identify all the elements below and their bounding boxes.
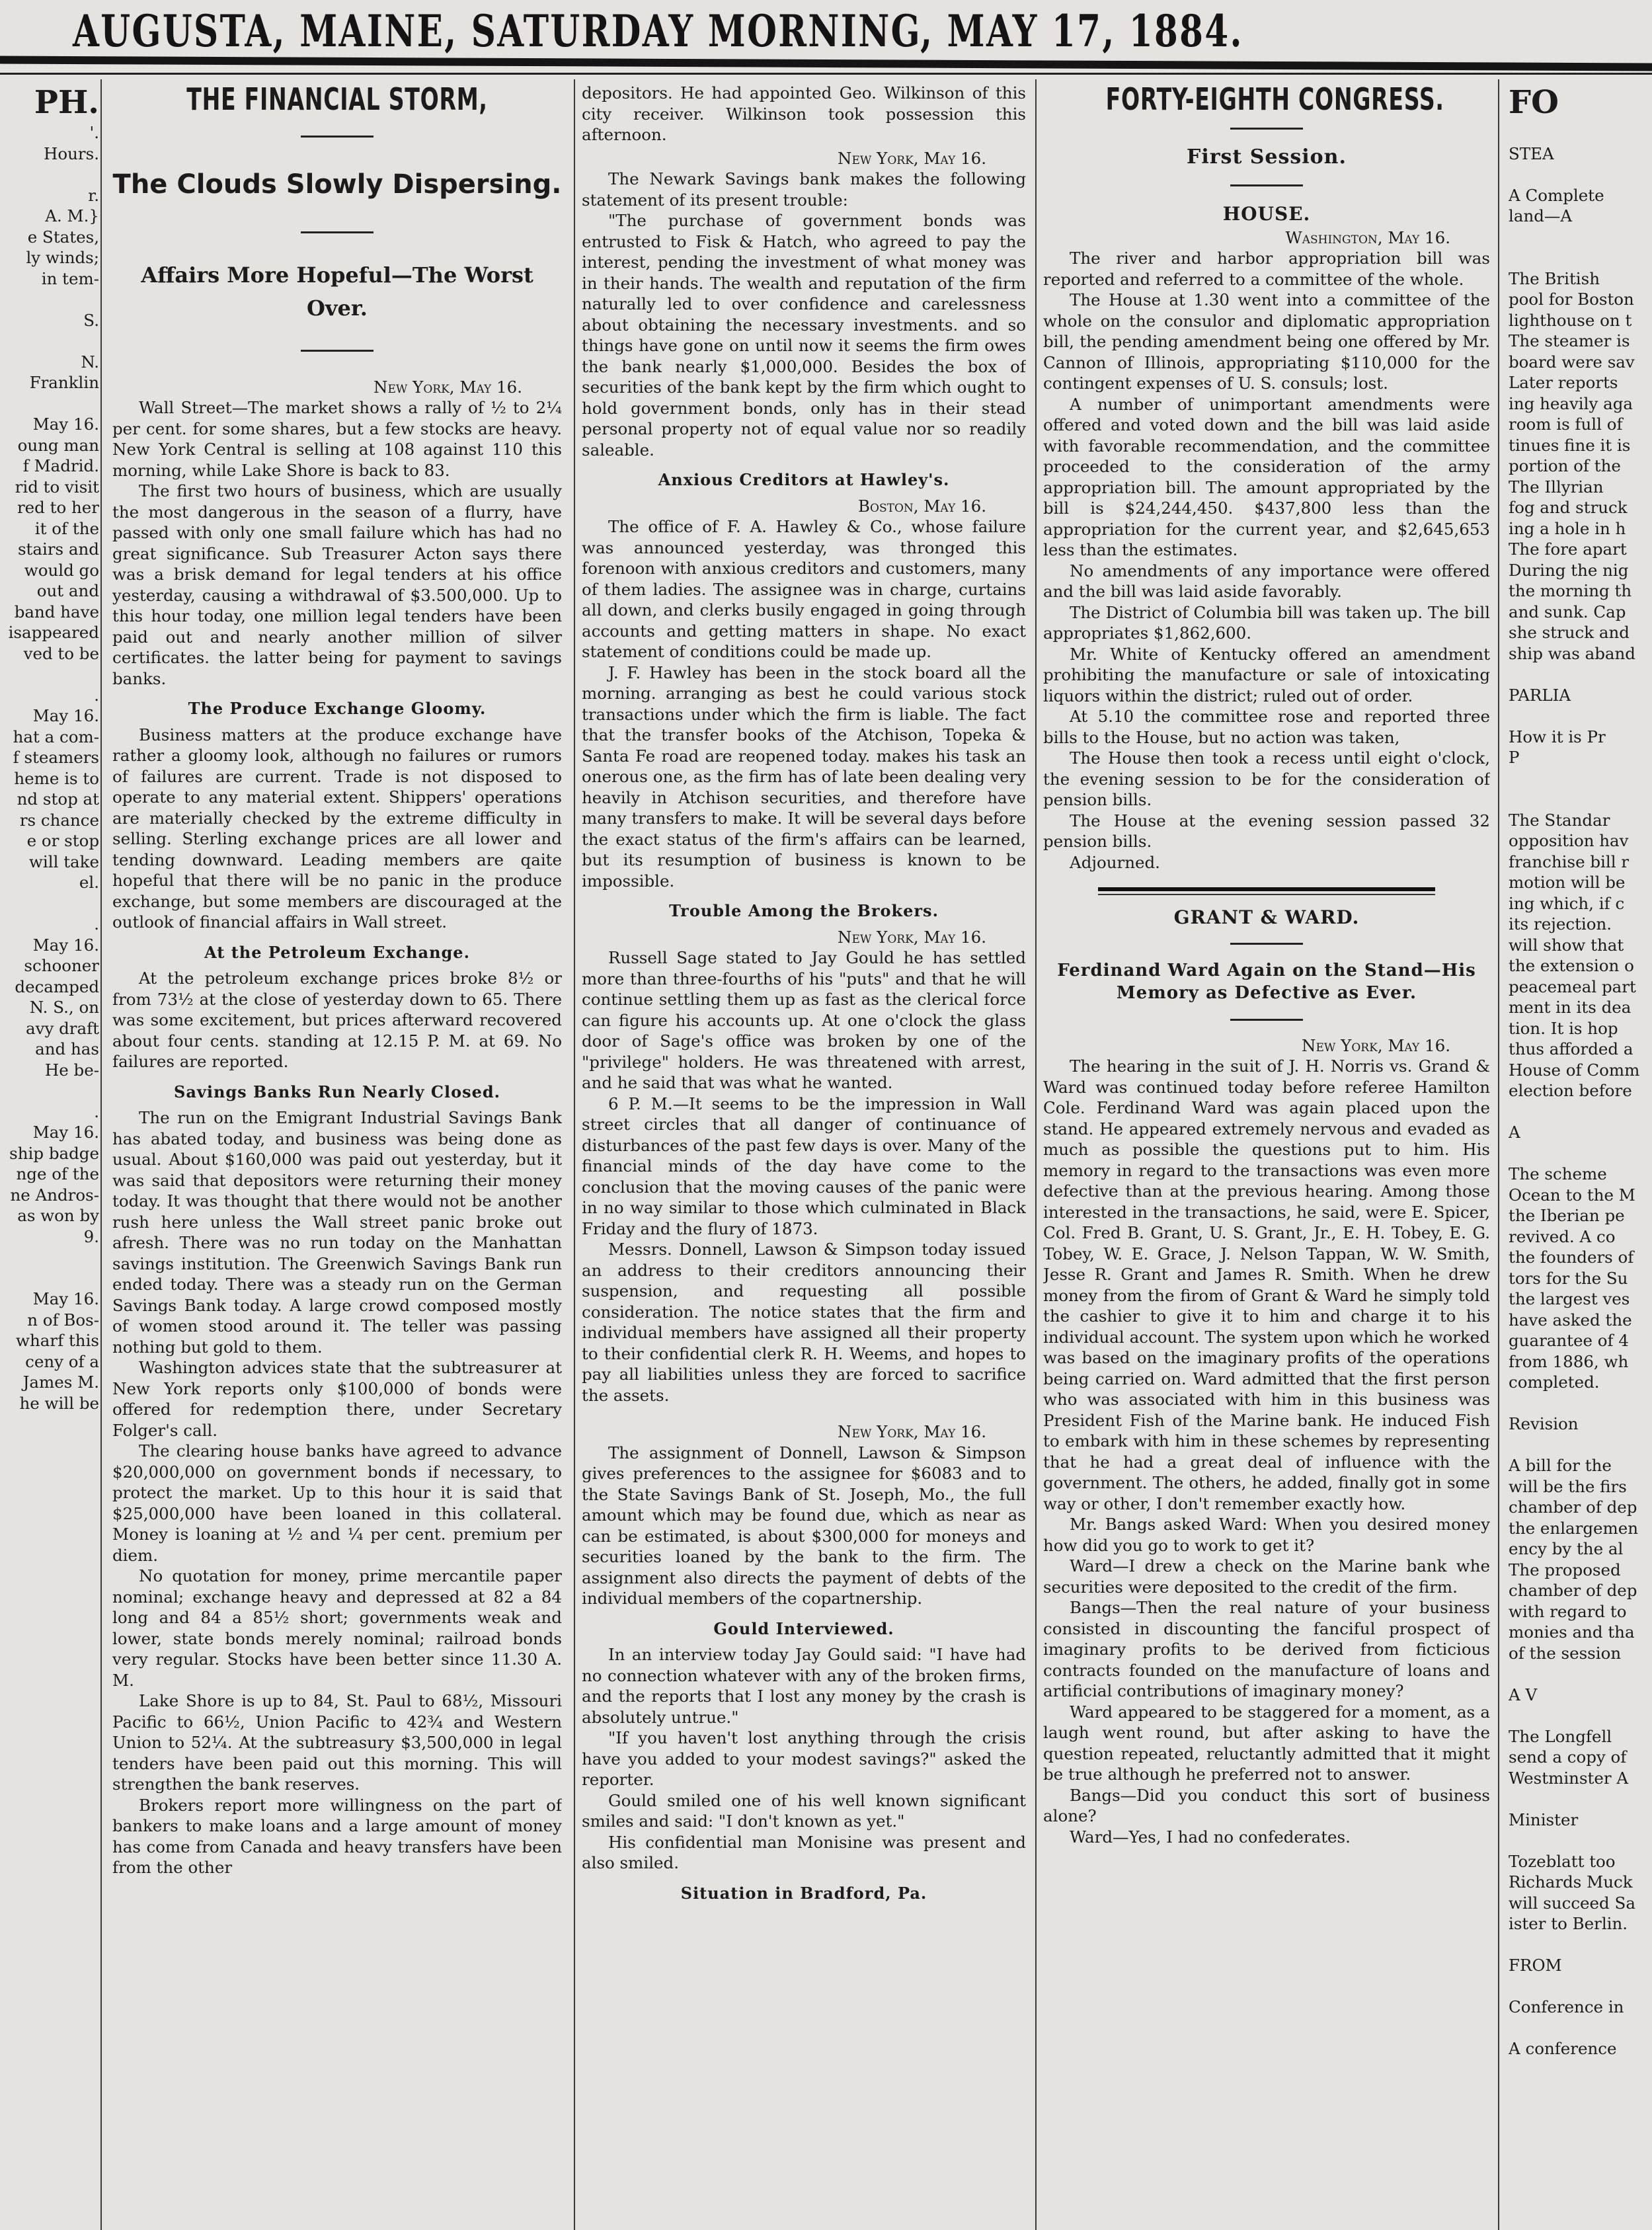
- text-line: [0, 1080, 99, 1101]
- text-line: ceny of a: [0, 1351, 99, 1373]
- deck-ferdinand-ward: Ferdinand Ward Again on the Stand—His Me…: [1043, 959, 1490, 1004]
- text-line: .: [0, 914, 99, 935]
- text-line: Later reports: [1509, 372, 1652, 393]
- paragraph: In an interview today Jay Gould said: "I…: [582, 1644, 1026, 1728]
- paragraph: Ward—Yes, I had no confederates.: [1043, 1827, 1490, 1848]
- text-line: Minister: [1509, 1810, 1652, 1831]
- paragraph: The District of Columbia bill was taken …: [1043, 602, 1490, 644]
- masthead-rule-thin: [0, 73, 1652, 75]
- paragraph: The office of F. A. Hawley & Co., whose …: [582, 516, 1026, 662]
- text-line: monies and tha: [1509, 1622, 1652, 1643]
- column-divider: [1035, 79, 1037, 2230]
- paragraph: depositors. He had appointed Geo. Wilkin…: [582, 83, 1026, 145]
- section-heading-grant-ward: GRANT & WARD.: [1043, 907, 1490, 928]
- rule: [1230, 943, 1303, 945]
- text-line: PARLIA: [1509, 685, 1652, 706]
- paragraph: A number of unimportant amendments were …: [1043, 394, 1490, 561]
- text-line: ing heavily aga: [1509, 393, 1652, 415]
- text-line: A Complete: [1509, 185, 1652, 206]
- text-line: the morning th: [1509, 580, 1652, 602]
- text-line: rid to visit: [0, 477, 99, 498]
- text-line: in tem-: [0, 268, 99, 290]
- rule: [1230, 128, 1303, 130]
- text-line: oung man: [0, 435, 99, 456]
- text-line: tinues fine it is: [1509, 435, 1652, 456]
- text-line: [0, 1247, 99, 1268]
- paragraph: The river and harbor appropriation bill …: [1043, 248, 1490, 290]
- text-line: and sunk. Cap: [1509, 602, 1652, 623]
- text-line: ing which, if c: [1509, 893, 1652, 914]
- text-line: e or stop: [0, 830, 99, 852]
- text-line: board were sav: [1509, 352, 1652, 373]
- text-line: lighthouse on t: [1509, 310, 1652, 331]
- text-line: [1509, 664, 1652, 685]
- paragraph: His confidential man Monisine was presen…: [582, 1832, 1026, 1874]
- text-line: [1509, 1830, 1652, 1851]
- paragraph: The assignment of Donnell, Lawson & Simp…: [582, 1443, 1026, 1609]
- paragraph: Washington advices state that the subtre…: [112, 1357, 562, 1441]
- subhead-clouds-dispersing: The Clouds Slowly Dispersing.: [112, 163, 562, 206]
- text-line: [1509, 247, 1652, 268]
- text-line: May 16.: [0, 705, 99, 727]
- text-line: House of Comm: [1509, 1060, 1652, 1081]
- text-line: out and: [0, 580, 99, 602]
- text-line: ing a hole in h: [1509, 518, 1652, 539]
- paragraph: Wall Street—The market shows a rally of …: [112, 397, 562, 481]
- text-line: peacemeal part: [1509, 976, 1652, 998]
- text-line: chamber of dep: [1509, 1580, 1652, 1601]
- text-line: May 16.: [0, 1289, 99, 1310]
- section-heading: Gould Interviewed.: [582, 1618, 1026, 1640]
- text-line: May 16.: [0, 1122, 99, 1143]
- section-heading: Anxious Creditors at Hawley's.: [582, 469, 1026, 491]
- subhead-first-session: First Session.: [1043, 147, 1490, 168]
- text-line: Richards Muck: [1509, 1872, 1652, 1893]
- paragraph: Brokers report more willingness on the p…: [112, 1795, 562, 1878]
- text-line: franchise bill r: [1509, 852, 1652, 873]
- text-line: A V: [1509, 1685, 1652, 1706]
- text-line: avy draft: [0, 1018, 99, 1039]
- text-line: pool for Boston: [1509, 289, 1652, 310]
- paragraph: Ward appeared to be staggered for a mome…: [1043, 1702, 1490, 1785]
- deck-affairs-hopeful: Affairs More Hopeful—The Worst Over.: [112, 259, 562, 325]
- column-divider: [574, 79, 575, 2230]
- text-line: hat a com-: [0, 727, 99, 748]
- text-line: The British: [1509, 268, 1652, 290]
- text-line: red to her: [0, 497, 99, 518]
- section-divider: [1098, 887, 1435, 895]
- text-line: isappeared: [0, 622, 99, 643]
- text-line: PH.: [0, 83, 99, 122]
- text-line: the largest ves: [1509, 1289, 1652, 1310]
- paragraph: No quotation for money, prime mercantile…: [112, 1566, 562, 1691]
- paragraph: Ward—I drew a check on the Marine bank w…: [1043, 1556, 1490, 1597]
- text-line: The fore apart: [1509, 539, 1652, 560]
- paragraph: At the petroleum exchange prices broke 8…: [112, 968, 562, 1072]
- text-line: Hours.: [0, 143, 99, 165]
- paragraph: Mr. Bangs asked Ward: When you desired m…: [1043, 1514, 1490, 1556]
- text-line: wharf this: [0, 1330, 99, 1351]
- text-line: [1509, 1101, 1652, 1123]
- text-line: portion of the: [1509, 456, 1652, 477]
- text-line: schooner: [0, 955, 99, 976]
- dateline: New York, May 16.: [582, 1421, 1026, 1443]
- column-divider: [100, 79, 102, 2230]
- text-line: its rejection.: [1509, 914, 1652, 935]
- text-line: revived. A co: [1509, 1226, 1652, 1248]
- text-line: Westminster A: [1509, 1768, 1652, 1789]
- text-line: f steamers: [0, 747, 99, 768]
- text-line: rs chance: [0, 810, 99, 831]
- text-line: fog and struck: [1509, 497, 1652, 518]
- section-heading: At the Petroleum Exchange.: [112, 942, 562, 963]
- paragraph: Bangs—Then the real nature of your busin…: [1043, 1597, 1490, 1702]
- section-heading: Situation in Bradford, Pa.: [582, 1883, 1026, 1904]
- text-line: [1509, 789, 1652, 810]
- text-line: [0, 331, 99, 352]
- text-line: will succeed Sa: [1509, 1893, 1652, 1914]
- text-line: motion will be: [1509, 872, 1652, 893]
- text-line: STEA: [1509, 143, 1652, 165]
- text-line: the enlargemen: [1509, 1518, 1652, 1539]
- text-line: FO: [1509, 83, 1652, 122]
- paragraph: "The purchase of government bonds was en…: [582, 210, 1026, 460]
- text-line: would go: [0, 560, 99, 581]
- text-line: Franklin: [0, 372, 99, 393]
- text-line: [1509, 768, 1652, 789]
- column-financial-continued: depositors. He had appointed Geo. Wilkin…: [582, 83, 1026, 2230]
- rule: [301, 136, 374, 138]
- section-heading-house: HOUSE.: [1043, 204, 1490, 225]
- text-line: from 1886, wh: [1509, 1351, 1652, 1373]
- text-line: N.: [0, 352, 99, 373]
- text-line: The Standar: [1509, 810, 1652, 831]
- text-line: [0, 289, 99, 310]
- text-line: [1509, 1435, 1652, 1456]
- text-line: will take: [0, 852, 99, 873]
- text-line: he will be: [0, 1393, 99, 1414]
- text-line: [1509, 1976, 1652, 1997]
- text-line: A bill for the: [1509, 1455, 1652, 1476]
- text-line: A: [1509, 1122, 1652, 1143]
- dateline: New York, May 16.: [1043, 1035, 1490, 1056]
- text-line: heme is to: [0, 768, 99, 789]
- text-line: ship badge: [0, 1143, 99, 1164]
- text-line: The Illyrian: [1509, 477, 1652, 498]
- text-line: will show that: [1509, 935, 1652, 956]
- text-line: as won by: [0, 1205, 99, 1226]
- paragraph: The run on the Emigrant Industrial Savin…: [112, 1107, 562, 1357]
- text-line: nge of the: [0, 1164, 99, 1185]
- text-line: band have: [0, 602, 99, 623]
- text-line: A conference: [1509, 2038, 1652, 2059]
- section-heading: Savings Banks Run Nearly Closed.: [112, 1082, 562, 1103]
- text-line: S.: [0, 310, 99, 331]
- text-line: The proposed: [1509, 1560, 1652, 1581]
- text-line: FROM: [1509, 1955, 1652, 1976]
- rule: [1230, 1019, 1303, 1021]
- text-line: nd stop at: [0, 789, 99, 810]
- text-line: tors for the Su: [1509, 1268, 1652, 1289]
- text-line: of the session: [1509, 1643, 1652, 1664]
- text-line: [0, 393, 99, 415]
- text-line: [1509, 1663, 1652, 1685]
- paragraph: The clearing house banks have agreed to …: [112, 1441, 562, 1566]
- text-line: Conference in: [1509, 1997, 1652, 2018]
- column-financial-storm: THE FINANCIAL STORM, The Clouds Slowly D…: [112, 83, 562, 2230]
- paragraph: No amendments of any importance were off…: [1043, 561, 1490, 602]
- text-line: have asked the: [1509, 1310, 1652, 1331]
- rule: [301, 350, 374, 352]
- paragraph: The hearing in the suit of J. H. Norris …: [1043, 1056, 1490, 1514]
- text-line: [1509, 164, 1652, 185]
- left-edge-column: PH.'.Hours. r.A. M.}e States,ly winds;in…: [0, 83, 99, 2230]
- masthead-rule-thick: [0, 56, 1652, 71]
- text-line: The scheme: [1509, 1164, 1652, 1185]
- paragraph: Business matters at the produce exchange…: [112, 725, 562, 933]
- dateline: New York, May 16.: [112, 377, 562, 398]
- rule: [1230, 184, 1303, 186]
- text-line: May 16.: [0, 935, 99, 956]
- text-line: ister to Berlin.: [1509, 1913, 1652, 1934]
- text-line: f Madrid.: [0, 456, 99, 477]
- text-line: .: [0, 685, 99, 706]
- text-line: He be-: [0, 1060, 99, 1081]
- text-line: ly winds;: [0, 247, 99, 268]
- paragraph: 6 P. M.—It seems to be the impression in…: [582, 1094, 1026, 1240]
- text-line: completed.: [1509, 1372, 1652, 1393]
- text-line: it of the: [0, 518, 99, 539]
- text-line: [1509, 705, 1652, 727]
- text-line: opposition hav: [1509, 830, 1652, 852]
- text-line: chamber of dep: [1509, 1497, 1652, 1518]
- text-line: '.: [0, 122, 99, 143]
- text-line: ne Andros-: [0, 1185, 99, 1206]
- text-line: election before: [1509, 1080, 1652, 1101]
- paragraph: "If you haven't lost anything through th…: [582, 1728, 1026, 1790]
- text-line: e States,: [0, 227, 99, 248]
- text-line: [1509, 1934, 1652, 1956]
- text-line: [1509, 1788, 1652, 1810]
- text-line: How it is Pr: [1509, 727, 1652, 748]
- text-line: and has: [0, 1039, 99, 1060]
- column-divider: [1498, 79, 1499, 2230]
- text-line: will be the firs: [1509, 1476, 1652, 1497]
- paragraph: Messrs. Donnell, Lawson & Simpson today …: [582, 1239, 1026, 1406]
- paragraph: The Newark Savings bank makes the follow…: [582, 169, 1026, 210]
- paragraph: Gould smiled one of his well known signi…: [582, 1790, 1026, 1832]
- text-line: [0, 664, 99, 685]
- text-line: [0, 893, 99, 914]
- text-line: Ocean to the M: [1509, 1185, 1652, 1206]
- text-line: .: [0, 1101, 99, 1123]
- text-line: she struck and: [1509, 622, 1652, 643]
- text-line: ship was aband: [1509, 643, 1652, 664]
- text-line: [1509, 227, 1652, 248]
- paragraph: Bangs—Did you conduct this sort of busin…: [1043, 1785, 1490, 1827]
- text-line: ment in its dea: [1509, 997, 1652, 1018]
- dateline: New York, May 16.: [582, 927, 1026, 948]
- text-line: 9.: [0, 1226, 99, 1248]
- dateline: Washington, May 16.: [1043, 227, 1490, 249]
- paragraph: Lake Shore is up to 84, St. Paul to 68½,…: [112, 1691, 562, 1795]
- paragraph: At 5.10 the committee rose and reported …: [1043, 706, 1490, 748]
- headline-congress: FORTY-EIGHTH CONGRESS.: [1106, 89, 1428, 110]
- text-line: A. M.}: [0, 206, 99, 227]
- text-line: During the nig: [1509, 560, 1652, 581]
- text-line: guarantee of 4: [1509, 1330, 1652, 1351]
- section-heading: Trouble Among the Brokers.: [582, 900, 1026, 922]
- right-edge-column: FO STEA A Completeland—A The Britishpool…: [1509, 83, 1652, 2230]
- paragraph: Mr. White of Kentucky offered an amendme…: [1043, 644, 1490, 707]
- dateline: Boston, May 16.: [582, 496, 1026, 517]
- text-line: [1509, 122, 1652, 143]
- text-line: P: [1509, 747, 1652, 768]
- text-line: ved to be: [0, 643, 99, 664]
- text-line: el.: [0, 872, 99, 893]
- dateline: New York, May 16.: [582, 148, 1026, 169]
- newspaper-dateline-title: AUGUSTA, MAINE, SATURDAY MORNING, MAY 17…: [73, 5, 1243, 57]
- text-line: James M.: [0, 1372, 99, 1393]
- text-line: ency by the al: [1509, 1538, 1652, 1560]
- text-line: Revision: [1509, 1414, 1652, 1435]
- paragraph: J. F. Hawley has been in the stock board…: [582, 662, 1026, 892]
- paragraph: Russell Sage stated to Jay Gould he has …: [582, 947, 1026, 1094]
- text-line: [0, 1268, 99, 1289]
- text-line: n of Bos-: [0, 1310, 99, 1331]
- text-line: [1509, 1705, 1652, 1726]
- text-line: N. S., on: [0, 997, 99, 1018]
- text-line: [1509, 2018, 1652, 2039]
- text-line: r.: [0, 185, 99, 206]
- text-line: The Longfell: [1509, 1726, 1652, 1747]
- text-line: [1509, 1143, 1652, 1164]
- text-line: the Iberian pe: [1509, 1205, 1652, 1226]
- text-line: tion. It is hop: [1509, 1018, 1652, 1039]
- text-line: with regard to: [1509, 1601, 1652, 1622]
- paragraph: The House at the evening session passed …: [1043, 811, 1490, 852]
- paragraph: The first two hours of business, which a…: [112, 481, 562, 689]
- text-line: May 16.: [0, 414, 99, 435]
- text-line: the founders of: [1509, 1247, 1652, 1268]
- paragraph: The House at 1.30 went into a committee …: [1043, 290, 1490, 394]
- column-congress: FORTY-EIGHTH CONGRESS. First Session. HO…: [1043, 83, 1490, 2230]
- text-line: Tozeblatt too: [1509, 1851, 1652, 1872]
- paragraph: Adjourned.: [1043, 852, 1490, 873]
- paragraph: The House then took a recess until eight…: [1043, 748, 1490, 811]
- text-line: send a copy of: [1509, 1747, 1652, 1768]
- text-line: the extension o: [1509, 955, 1652, 976]
- text-line: The steamer is: [1509, 331, 1652, 352]
- rule: [301, 231, 374, 233]
- text-line: room is full of: [1509, 414, 1652, 435]
- text-line: decamped: [0, 976, 99, 998]
- text-line: [1509, 1393, 1652, 1414]
- text-line: [0, 164, 99, 185]
- section-heading: The Produce Exchange Gloomy.: [112, 698, 562, 719]
- masthead: AUGUSTA, MAINE, SATURDAY MORNING, MAY 17…: [0, 0, 1652, 66]
- text-line: thus afforded a: [1509, 1039, 1652, 1060]
- text-line: land—A: [1509, 206, 1652, 227]
- headline-financial-storm: THE FINANCIAL STORM,: [175, 89, 499, 110]
- text-line: stairs and: [0, 539, 99, 560]
